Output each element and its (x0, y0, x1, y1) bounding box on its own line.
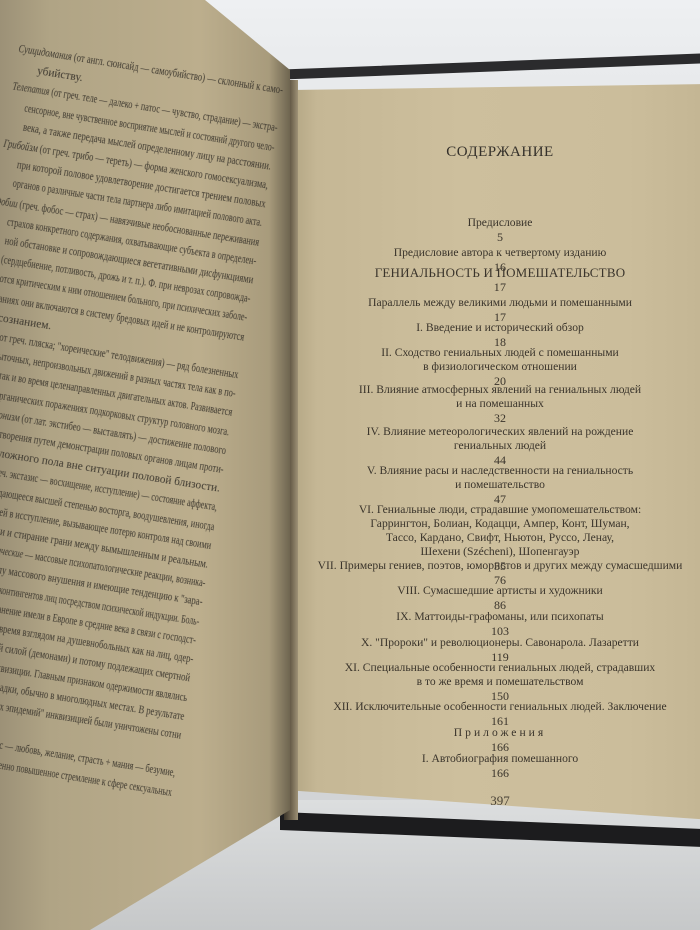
toc-entry-title-cont: в то же время и помешательством (300, 675, 700, 689)
toc-entry-title: XI. Специальные особенности гениальных л… (300, 661, 700, 675)
toc-entry-title: IV. Влияние метеорологических явлений на… (300, 425, 700, 439)
toc-entry-appendices: Приложения 166 (300, 726, 700, 754)
toc-entry: XI. Специальные особенности гениальных л… (300, 661, 700, 703)
toc-entry-page: 166 (300, 766, 700, 780)
toc-entry-title-cont: в физиологическом отношении (300, 360, 700, 374)
toc-entry-page: 5 (300, 230, 700, 244)
toc-section-heading: ГЕНИАЛЬНОСТЬ И ПОМЕШАТЕЛЬСТВО 17 (300, 266, 700, 294)
toc-entry-title: Предисловие (468, 216, 533, 229)
toc-entry: VIII. Сумасшедшие артисты и художники 86 (300, 584, 700, 612)
toc-entry-title-cont: и помешательство (300, 478, 700, 492)
toc-entry-title-cont: и на помешанных (300, 397, 700, 411)
toc-entry-title: II. Сходство гениальных людей с помешанн… (300, 346, 700, 360)
toc-entry: V. Влияние расы и наследственности на ге… (300, 464, 700, 506)
toc-entry-page: 32 (300, 411, 700, 425)
toc-entry: I. Введение и исторический обзор 18 (300, 321, 700, 349)
toc-title: СОДЕРЖАНИЕ (300, 144, 700, 161)
toc-entry: XII. Исключительные особенности гениальн… (300, 700, 700, 728)
toc-entry-title: Предисловие автора к четвертому изданию (394, 246, 607, 259)
toc-entry-title-cont: Шехени (Szécheni), Шопенгауэр (300, 545, 700, 559)
toc-entry: IV. Влияние метеорологических явлений на… (300, 425, 700, 467)
toc-entry: II. Сходство гениальных людей с помешанн… (300, 346, 700, 388)
toc-entry: X. "Пророки" и революционеры. Савонарола… (300, 636, 700, 664)
toc-entry-title: IX. Маттоиды-графоманы, или психопаты (396, 610, 603, 623)
toc-entry-title: Параллель между великими людьми и помеша… (368, 296, 632, 309)
toc-entry-title: I. Введение и исторический обзор (416, 321, 584, 334)
toc-entry: VII. Примеры гениев, поэтов, юмористов и… (300, 559, 700, 587)
glossary-term: Фобии (0, 195, 19, 211)
toc-entry-title: VII. Примеры гениев, поэтов, юмористов и… (318, 559, 683, 572)
toc-entry-title-cont: гениальных людей (300, 439, 700, 453)
toc-entry-title-cont: Гаррингтон, Болиан, Кодацци, Ампер, Конт… (300, 517, 700, 531)
toc-entry: IX. Маттоиды-графоманы, или психопаты 10… (300, 610, 700, 638)
glossary-term: Грибойзм (3, 138, 39, 155)
toc-entry-title: VI. Гениальные люди, страдавшие умопомеш… (300, 503, 700, 517)
toc-entry-page: 17 (300, 280, 700, 294)
toc-entry-title: V. Влияние расы и наследственности на ге… (300, 464, 700, 478)
toc-entry-title: ГЕНИАЛЬНОСТЬ И ПОМЕШАТЕЛЬСТВО (375, 265, 626, 280)
page-number: 397 (300, 793, 700, 809)
toc-entry-title: Приложения (454, 726, 546, 739)
toc-entry-title-cont: Тассо, Кардано, Свифт, Ньютон, Руссо, Ле… (300, 531, 700, 545)
toc-entry-title: X. "Пророки" и революционеры. Савонарола… (361, 636, 639, 649)
toc-entry: Параллель между великими людьми и помеша… (300, 296, 700, 324)
toc-entry: Предисловие 5 (300, 216, 700, 244)
toc-entry: III. Влияние атмосферных явлений на гени… (300, 383, 700, 425)
toc-entry-title: I. Автобиография помешанного (422, 752, 578, 765)
toc-entry-title: XII. Исключительные особенности гениальн… (333, 700, 666, 713)
glossary-term: Телепатия (12, 81, 51, 99)
toc-entry-title: III. Влияние атмосферных явлений на гени… (300, 383, 700, 397)
toc-entry: I. Автобиография помешанного 166 (300, 752, 700, 780)
toc-entry-title: VIII. Сумасшедшие артисты и художники (397, 584, 603, 597)
